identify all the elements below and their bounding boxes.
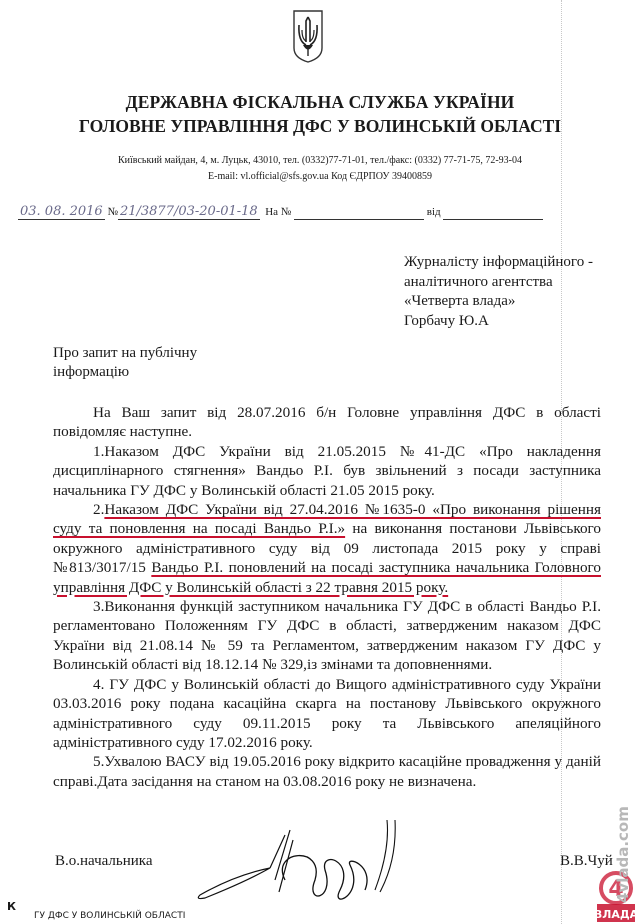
handwritten-signature-icon (175, 820, 435, 924)
recipient-line: «Четверта влада» (404, 292, 593, 312)
stamp-letter: К (7, 900, 16, 913)
letter-body: На Ваш запит від 28.07.2016 б/н Головне … (53, 403, 601, 791)
ukraine-trident-icon (291, 8, 325, 64)
registration-line: 03. 08. 2016 №21/3877/03-20-01-18 На № в… (18, 204, 543, 220)
agency-title: ДЕРЖАВНА ФІСКАЛЬНА СЛУЖБА УКРАЇНИ (0, 92, 640, 113)
from-label: від (427, 206, 441, 218)
recipient-line: аналітичного агентства (404, 273, 593, 293)
intro-paragraph: На Ваш запит від 28.07.2016 б/н Головне … (53, 403, 601, 442)
item-5-paragraph: 5.Ухвалою ВАСУ від 19.05.2016 року відкр… (53, 752, 601, 791)
recipient-line: Горбачу Ю.А (404, 312, 593, 332)
reply-to-blank (294, 207, 424, 220)
watermark-url: 4vlada.com (614, 790, 634, 920)
signatory-title: В.о.начальника (55, 853, 153, 870)
outgoing-number: 21/3877/03-20-01-18 (118, 204, 260, 220)
number-prefix: № (107, 206, 118, 218)
subject-block: Про запит на публічну інформацію (53, 344, 197, 382)
item-4-paragraph: 4. ГУ ДФС у Волинській області до Вищого… (53, 675, 601, 753)
item-1-paragraph: 1.Наказом ДФС України від 21.05.2015 №41… (53, 442, 601, 500)
stamp-organization: ГУ ДФС У ВОЛИНСЬКІЙ ОБЛАСТІ (34, 911, 185, 921)
address-line: Київський майдан, 4, м. Луцьк, 43010, те… (0, 153, 640, 169)
item-2-prefix: 2. (93, 501, 104, 518)
recipient-line: Журналісту інформаційного - (404, 253, 593, 273)
department-title: ГОЛОВНЕ УПРАВЛІННЯ ДФС У ВОЛИНСЬКІЙ ОБЛА… (0, 116, 640, 137)
item-2-paragraph: 2.Наказом ДФС України від 27.04.2016 №16… (53, 500, 601, 597)
subject-line: Про запит на публічну (53, 344, 197, 363)
from-date-blank (443, 207, 543, 220)
recipient-block: Журналісту інформаційного - аналітичного… (404, 253, 593, 331)
outgoing-date: 03. 08. 2016 (18, 204, 105, 220)
contact-line: E-mail: vl.official@sfs.gov.ua Код ЄДРПО… (0, 169, 640, 185)
item-3-paragraph: 3.Виконання функцій заступником начальни… (53, 597, 601, 675)
signatory-name: В.В.Чуй (560, 853, 613, 870)
reply-to-label: На № (265, 206, 291, 218)
subject-line: інформацію (53, 363, 197, 382)
letterhead-contacts: Київський майдан, 4, м. Луцьк, 43010, те… (0, 153, 640, 185)
